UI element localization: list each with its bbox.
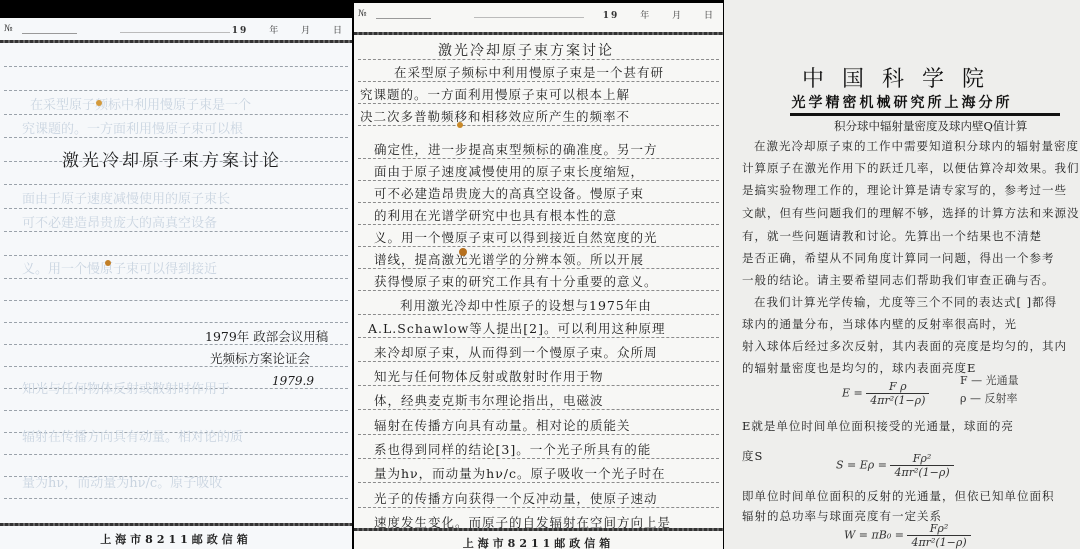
ruled-line — [358, 246, 719, 247]
text-line: 谱线，提高激光光谱学的分辨本领。所以开展 — [374, 250, 644, 268]
text-line: 决二次多普勒频移和相移效应所产生的频率不 — [360, 107, 630, 125]
bleed-through-text: 面由于原子速度减慢使用的原子束长 — [22, 188, 230, 207]
ruled-line — [358, 158, 719, 159]
day-label: 日 — [704, 11, 715, 21]
ruled-line — [358, 81, 719, 82]
ruled-line — [358, 290, 719, 291]
ruled-line — [4, 454, 348, 455]
text-line: 文献，但有些问题我们的理解不够，选择的计算方法和来源没 — [742, 205, 1080, 221]
date-field: 19 年 月 日 — [603, 8, 715, 21]
text-line: 有，就一些问题请教和讨论。先算出一个结果也不清楚 — [742, 228, 1042, 244]
ruled-line — [358, 507, 719, 508]
formula-1-lhs: E — [842, 387, 850, 400]
formula-3-fraction: Fρ² 4πr²(1−ρ) — [907, 522, 970, 549]
formula-1: E = F ρ 4πr²(1−ρ) — [842, 380, 929, 407]
ruled-line — [4, 114, 348, 115]
text-line: 系也得到同样的结论[3]。一个光子所具有的能 — [374, 440, 651, 458]
text-line: 球内的通量分布，当球体内壁的反射率很高时，光 — [742, 316, 1017, 332]
header-divider — [120, 32, 230, 33]
ruled-line — [358, 224, 719, 225]
year-prefix: 19 — [603, 11, 620, 21]
formula-1-denominator: 4πr²(1−ρ) — [866, 394, 929, 407]
page-footer: 上海市8211邮政信箱 — [354, 535, 723, 549]
text-line: 在激光冷却原子束的工作中需要知道积分球内的辐射量密度，以 — [754, 138, 1080, 154]
note-date: 1979.9 — [272, 374, 314, 388]
formula-2-lhs: S = Eρ = — [836, 459, 887, 472]
text-line: A.L.Schawlow等人提出[2]。可以利用这种原理 — [368, 319, 665, 337]
text-line: 究课题的。一方面利用慢原子束可以根本上解 — [360, 85, 630, 103]
paper-stain — [96, 100, 102, 106]
ruled-line — [4, 184, 348, 185]
formula-2-denominator: 4πr²(1−ρ) — [890, 466, 953, 479]
ruled-line — [358, 202, 719, 203]
ruled-line — [358, 482, 719, 483]
formula-2-fraction: Fρ² 4πr²(1−ρ) — [890, 452, 953, 479]
text-line: 面由于原子速度减慢使用的原子束长度缩短， — [374, 162, 644, 180]
text-line: 是搞实验物理工作的，理论计算是请专家写的，参考过一些 — [742, 182, 1067, 198]
text-line: 量为hν，而动量为hν/c。原子吸收一个光子时在 — [374, 464, 666, 482]
ruled-line — [4, 208, 348, 209]
formula-3-denominator: 4πr²(1−ρ) — [907, 536, 970, 549]
ruled-line — [4, 300, 348, 301]
footer-rule — [354, 528, 723, 531]
bleed-through-text: 量为hν，而动量为hν/c。原子吸收 — [22, 472, 222, 491]
bleed-through-text: 究课题的。一方面利用慢原子束可以根 — [22, 118, 243, 137]
text-line: 计算原子在激光作用下的跃迁几率，以便估算冷却效果。我们 — [742, 160, 1080, 176]
bleed-through-text: 可不必建造昂贵庞大的高真空设备 — [22, 212, 217, 231]
number-field-line — [22, 33, 77, 34]
page-title: 激光冷却原子束方案讨论 — [438, 40, 614, 60]
ruled-line — [358, 314, 719, 315]
header-rule — [0, 40, 352, 43]
date-field: 19 年 月 日 — [232, 23, 344, 36]
formula-1-fraction: F ρ 4πr²(1−ρ) — [866, 380, 929, 407]
bleed-through-text: 辐射在传播方向具有动量。相对论的质 — [22, 426, 243, 445]
year-label: 年 — [640, 11, 651, 21]
ruled-line — [358, 103, 719, 104]
page-title: 激光冷却原子束方案讨论 — [62, 146, 282, 171]
year-label: 年 — [269, 26, 280, 36]
ruled-line — [4, 410, 348, 411]
ruled-line — [358, 361, 719, 362]
institution-name: 中国科学院 — [724, 62, 1080, 93]
text-line: 在我们计算光学传输，尤度等三个不同的表达式[ ]都得 — [754, 294, 1057, 310]
page-header: № 19 年 月 日 — [0, 18, 352, 40]
note-line-2: 光频标方案论证会 — [210, 349, 310, 367]
formula-3-lhs: W = πB₀ = — [844, 529, 904, 542]
text-line: 来冷却原子束，从而得到一个慢原子束。众所周 — [374, 343, 658, 361]
year-prefix: 19 — [232, 26, 249, 36]
formula-legend-1: F — 光通量 — [960, 372, 1019, 388]
ruled-line — [4, 322, 348, 323]
text-line: 获得慢原子束的研究工作具有十分重要的意义。 — [374, 272, 658, 290]
paper-stain — [105, 260, 111, 266]
paper-stain — [459, 248, 467, 256]
text-line: 知光与任何物体反射或散射时作用于物 — [374, 367, 604, 385]
text-line: 一般的结论。请主要希望同志们帮助我们审查正确与否。 — [742, 272, 1055, 288]
text-line: 确定性，进一步提高束型频标的确准度。另一方 — [374, 140, 658, 158]
ruled-line — [358, 59, 719, 60]
text-line: 义。用一个慢原子束可以得到接近自然宽度的光 — [374, 228, 658, 246]
document-page-1: № 19 年 月 日 在采型原子频标中利用慢原子束是一个 究课题的。一方面利用慢… — [0, 18, 352, 549]
note-line-1: 1979年 政部会议用稿 — [205, 327, 328, 345]
number-field-line — [376, 18, 431, 19]
ruled-line — [4, 255, 348, 256]
text-line: 的辐射量密度也是均匀的，球内表面亮度E — [742, 360, 976, 376]
text-line: 利用激光冷却中性原子的设想与1975年由 — [400, 296, 652, 314]
month-label: 月 — [301, 26, 312, 36]
text-line: E就是单位时间单位面积接受的光通量，球面的亮 — [742, 418, 1014, 434]
text-line: 在采型原子频标中利用慢原子束是一个甚有研 — [394, 63, 664, 81]
ruled-line — [4, 278, 348, 279]
ruled-line — [358, 268, 719, 269]
bleed-through-text: 义。用一个慢原子束可以得到接近 — [22, 258, 217, 277]
formula-3: W = πB₀ = Fρ² 4πr²(1−ρ) — [844, 522, 971, 549]
ruled-line — [4, 137, 348, 138]
ruled-line — [4, 498, 348, 499]
text-line: 体，经典麦克斯韦尔理论指出，电磁波 — [374, 391, 604, 409]
formula-3-numerator: Fρ² — [907, 522, 970, 536]
ruled-line — [4, 90, 348, 91]
month-label: 月 — [672, 11, 683, 21]
text-line: 可不必建造昂贵庞大的高真空设备。慢原子束 — [374, 184, 644, 202]
ruled-line — [358, 125, 719, 126]
document-page-2: № 19 年 月 日 激光冷却原子束方案讨论 在采型原子频标中利用慢原子束是一个… — [354, 3, 723, 549]
bleed-through-text: 知光与任何物体反射或散射时作用于 — [22, 378, 230, 397]
ruled-line — [358, 458, 719, 459]
paper-stain — [457, 122, 463, 128]
ruled-line — [358, 337, 719, 338]
document-subtitle: 积分球中辐射量密度及球内壁Q值计算 — [834, 118, 1027, 134]
text-line: 射入球体后经过多次反射，其内表面的亮度是均匀的，其内 — [742, 338, 1067, 354]
ruled-line — [358, 180, 719, 181]
letterhead-rule — [790, 113, 1060, 116]
page-header: № 19 年 月 日 — [354, 3, 723, 25]
footer-rule — [0, 523, 352, 526]
formula-2-numerator: Fρ² — [890, 452, 953, 466]
number-label: № — [4, 24, 13, 34]
formula-legend-2: ρ — 反射率 — [960, 390, 1017, 406]
text-line: 光子的传播方向获得一个反冲动量，使原子速动 — [374, 489, 658, 507]
formula-2: S = Eρ = Fρ² 4πr²(1−ρ) — [836, 452, 954, 479]
text-line: 的利用在光谱学研究中也具有根本性的意 — [374, 206, 617, 224]
text-line: 是否正确，希望从不同角度计算同一问题，得出一个参考 — [742, 250, 1055, 266]
ruled-line — [4, 231, 348, 232]
text-line: 即单位时间单位面积的反射的光通量，但依已知单位面积 — [742, 488, 1055, 504]
text-line: 度S — [742, 448, 763, 464]
department-name: 光学精密机械研究所上海分所 — [724, 92, 1080, 112]
bleed-through-text: 在采型原子频标中利用慢原子束是一个 — [30, 94, 251, 113]
ruled-line — [358, 434, 719, 435]
ruled-line — [358, 409, 719, 410]
header-divider — [474, 17, 584, 18]
day-label: 日 — [333, 26, 344, 36]
document-page-3: 中国科学院 光学精密机械研究所上海分所 积分球中辐射量密度及球内壁Q值计算 在激… — [724, 0, 1080, 549]
number-label: № — [358, 9, 367, 19]
formula-1-numerator: F ρ — [866, 380, 929, 394]
ruled-line — [4, 66, 348, 67]
ruled-line — [358, 385, 719, 386]
text-line: 辐射在传播方向具有动量。相对论的质能关 — [374, 416, 631, 434]
header-rule — [354, 32, 723, 35]
page-footer: 上海市8211邮政信箱 — [0, 531, 352, 547]
